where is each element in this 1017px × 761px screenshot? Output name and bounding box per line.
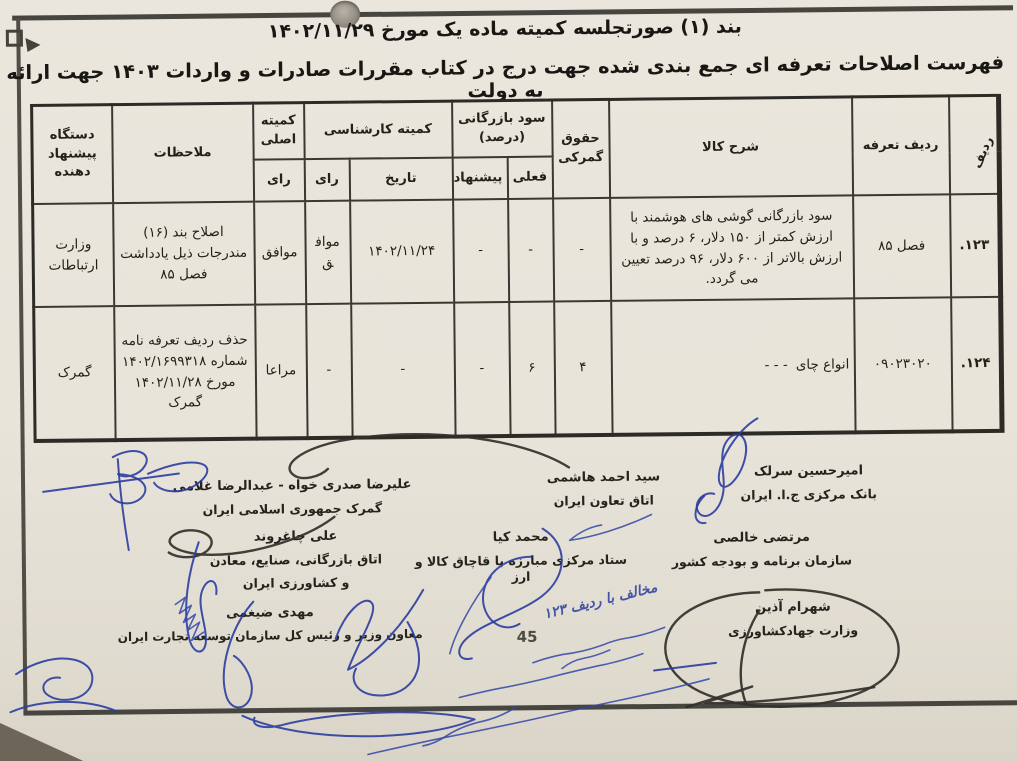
document-title-line1: بند (۱) صورتجلسه کمیته ماده یک مورخ ۱۴۰۲… <box>0 13 1013 46</box>
subheader-ray-asli: رای <box>253 159 304 202</box>
signatory-sadri-gholami: علیرضا صدری خواه - عبدالرضا غلامی گمرک ج… <box>146 478 438 519</box>
cell-radif: ۱۲۴. <box>951 297 1002 432</box>
header-radif-tarefe: ردیف تعرفه <box>852 96 950 196</box>
cell-tarikh: ۱۴۰۲/۱۱/۲۴ <box>350 200 454 304</box>
cell-radif-tarefe: ۰۹۰۲۳۰۲۰ <box>854 297 952 432</box>
header-molahezat: ملاحظات <box>112 103 254 203</box>
table-row-124: ۱۲۴. ۰۹۰۲۳۰۲۰ انواع چای- - - ۴ ۶ - - - م… <box>34 297 1002 441</box>
signatory-chagharvand: علی چاغروند اتاق بازرگانی، صنایع، معادن … <box>172 529 421 592</box>
tariff-level-dashes: - - - <box>764 355 787 376</box>
signatory-kia: محمد کیا ستاد مرکزی مبارزه با قاچاق کالا… <box>407 530 636 586</box>
header-radif: ردیف <box>949 95 1000 194</box>
signatory-azin: شهرام آذین وزارت جهادکشاورزی <box>690 600 895 640</box>
cell-tarikh: - <box>351 303 455 438</box>
header-dastgah: دستگاه پیشنهاد دهنده <box>32 105 113 204</box>
handwritten-number: 45 <box>517 628 538 646</box>
cell-molahezat: حذف ردیف تعرفه نامه شماره ۱۴۰۲/۱۶۹۹۳۱۸ م… <box>114 305 256 440</box>
header-hoquq-gomroki: حقوق گمرکی <box>552 99 610 198</box>
scan-rotation-wrapper: بند (۱) صورتجلسه کمیته ماده یک مورخ ۱۴۰۲… <box>0 0 1017 761</box>
header-sharh-kala: شرح کالا <box>609 97 853 198</box>
signatory-khalesi: مرتضی خالصی سازمان برنامه و بودجه کشور <box>652 530 872 570</box>
cell-dastgah: گمرک <box>34 306 115 441</box>
signatory-hashemi: سید احمد هاشمی اتاق تعاون ایران <box>511 470 696 510</box>
cell-pishnahadi: - <box>453 199 509 303</box>
subheader-pishnahadi: پیشنهادی <box>452 157 507 200</box>
cell-molahezat: اصلاح بند (۱۶) مندرجات ذیل یادداشت فصل ۸… <box>113 202 255 306</box>
header-sood-bazargani: سود بازرگانی (درصد) <box>452 100 553 158</box>
handwritten-objection-note: مخالف با ردیف ۱۲۳ <box>542 580 659 623</box>
cell-pishnahadi: - <box>454 302 510 437</box>
header-komite-asli: کمیته اصلی <box>253 103 305 160</box>
paper-sheet: بند (۱) صورتجلسه کمیته ماده یک مورخ ۱۴۰۲… <box>0 0 1017 761</box>
handwritten-scrawl-lines <box>367 627 717 755</box>
cell-hoquq: ۴ <box>554 301 612 436</box>
subheader-feli: فعلی <box>507 157 552 199</box>
subheader-ray-karshenasi: رای <box>304 159 349 201</box>
signature-ink-corner <box>10 658 117 712</box>
header-komite-karshenasi: کمیته کارشناسی <box>304 101 453 159</box>
cell-feli: - <box>508 199 554 302</box>
frame-left-line <box>18 18 25 715</box>
signatory-zeighami: مهدی ضیغمی معاون وزیر و رئیس کل سازمان ت… <box>117 605 422 645</box>
goods-description: انواع چای <box>796 354 850 375</box>
cell-ray-karshenasi: - <box>306 304 352 438</box>
cell-radif-tarefe: فصل ۸۵ <box>853 194 951 298</box>
signatory-sarlak: امیرحسین سرلک بانک مرکزی ج.ا. ایران <box>711 464 906 504</box>
cell-hoquq: - <box>553 198 611 302</box>
cell-ray-asli: موافق <box>254 201 306 305</box>
cell-ray-asli: مراعا <box>255 304 307 439</box>
subheader-tarikh: تاریخ <box>349 158 452 201</box>
table-row-123: ۱۲۳. فصل ۸۵ سود بازرگانی گوشی های هوشمند… <box>33 194 1001 307</box>
cell-sharh-kala: انواع چای- - - <box>611 298 855 435</box>
cell-ray-karshenasi: موافق <box>305 201 351 304</box>
frame-bottom-line <box>23 703 1017 713</box>
cell-radif: ۱۲۳. <box>950 194 1001 298</box>
cell-feli: ۶ <box>509 302 555 436</box>
photo-of-scanned-document: { "document": { "title_line1": "بند (۱) … <box>0 0 1017 761</box>
cell-dastgah: وزارت ارتباطات <box>33 203 114 307</box>
tariff-amendments-table: ردیف ردیف تعرفه شرح کالا حقوق گمرکی سود … <box>30 94 1005 443</box>
cell-sharh-kala: سود بازرگانی گوشی های هوشمند با ارزش کمت… <box>610 195 854 301</box>
